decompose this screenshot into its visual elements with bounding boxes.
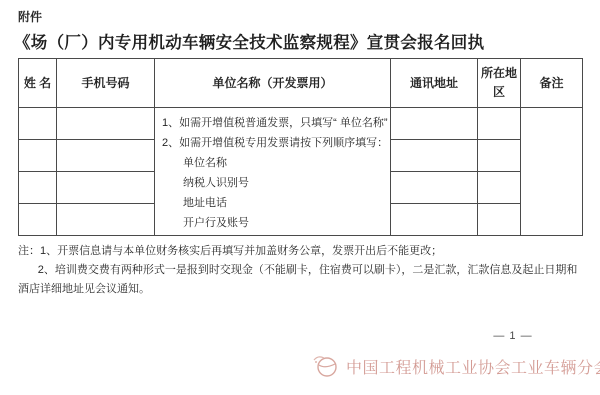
notes-section: 注：1、开票信息请与本单位财务核实后再填写并加盖财务公章，发票开出后不能更改； … bbox=[18, 242, 584, 299]
note-text: 1、开票信息请与本单位财务核实后再填写并加盖财务公章，发票开出后不能更改； bbox=[40, 245, 442, 257]
instruction-line: 纳税人识别号 bbox=[162, 173, 386, 193]
col-header-region: 所在地区 bbox=[478, 59, 521, 108]
cell-name bbox=[19, 172, 57, 204]
cell-region bbox=[478, 172, 521, 204]
cell-region bbox=[478, 140, 521, 172]
instruction-line: 2、如需开增值税专用发票请按下列顺序填写： bbox=[162, 133, 386, 153]
col-header-company: 单位名称（开发票用） bbox=[155, 59, 391, 108]
cell-phone bbox=[57, 172, 155, 204]
note-item: 2、培训费交费有两种形式一是报到时交现金（不能刷卡，住宿费可以刷卡），二是汇款，… bbox=[18, 261, 584, 299]
notes-label: 注： bbox=[18, 245, 40, 257]
page-title: 《场（厂）内专用机动车辆安全技术监察规程》宣贯会报名回执 bbox=[14, 29, 484, 53]
table-header-row: 姓 名 手机号码 单位名称（开发票用） 通讯地址 所在地区 备注 bbox=[19, 59, 583, 108]
cell-phone bbox=[57, 204, 155, 236]
cell-address bbox=[391, 204, 478, 236]
registration-table: 姓 名 手机号码 单位名称（开发票用） 通讯地址 所在地区 备注 1、如需开增值… bbox=[18, 58, 583, 236]
cell-address bbox=[391, 108, 478, 140]
instruction-line: 1、如需开增值税普通发票，只填写“ 单位名称” bbox=[162, 113, 386, 133]
watermark-text: 中国工程机械工业协会工业车辆分会 bbox=[346, 355, 600, 378]
instruction-line: 单位名称 bbox=[162, 153, 386, 173]
instruction-line: 开户行及账号 bbox=[162, 213, 386, 233]
attachment-label: 附件 bbox=[18, 8, 42, 25]
col-header-phone: 手机号码 bbox=[57, 59, 155, 108]
cell-phone bbox=[57, 108, 155, 140]
cell-address bbox=[391, 172, 478, 204]
cell-region bbox=[478, 204, 521, 236]
association-watermark: 中国工程机械工业协会工业车辆分会 bbox=[311, 351, 600, 381]
cell-remarks bbox=[521, 108, 583, 236]
cell-invoice-instructions: 1、如需开增值税普通发票，只填写“ 单位名称” 2、如需开增值税专用发票请按下列… bbox=[155, 108, 391, 236]
instruction-line: 地址电话 bbox=[162, 193, 386, 213]
cell-address bbox=[391, 140, 478, 172]
col-header-name: 姓 名 bbox=[19, 59, 57, 108]
col-header-remarks: 备注 bbox=[521, 59, 583, 108]
cell-name bbox=[19, 140, 57, 172]
association-logo-icon bbox=[311, 351, 341, 381]
document-page: 附件 《场（厂）内专用机动车辆安全技术监察规程》宣贯会报名回执 姓 名 手机号码… bbox=[0, 0, 600, 395]
cell-name bbox=[19, 108, 57, 140]
table-row: 1、如需开增值税普通发票，只填写“ 单位名称” 2、如需开增值税专用发票请按下列… bbox=[19, 108, 583, 140]
cell-phone bbox=[57, 140, 155, 172]
cell-name bbox=[19, 204, 57, 236]
col-header-address: 通讯地址 bbox=[391, 59, 478, 108]
page-number: — 1 — bbox=[478, 330, 548, 342]
note-item: 注：1、开票信息请与本单位财务核实后再填写并加盖财务公章，发票开出后不能更改； bbox=[18, 242, 584, 261]
cell-region bbox=[478, 108, 521, 140]
